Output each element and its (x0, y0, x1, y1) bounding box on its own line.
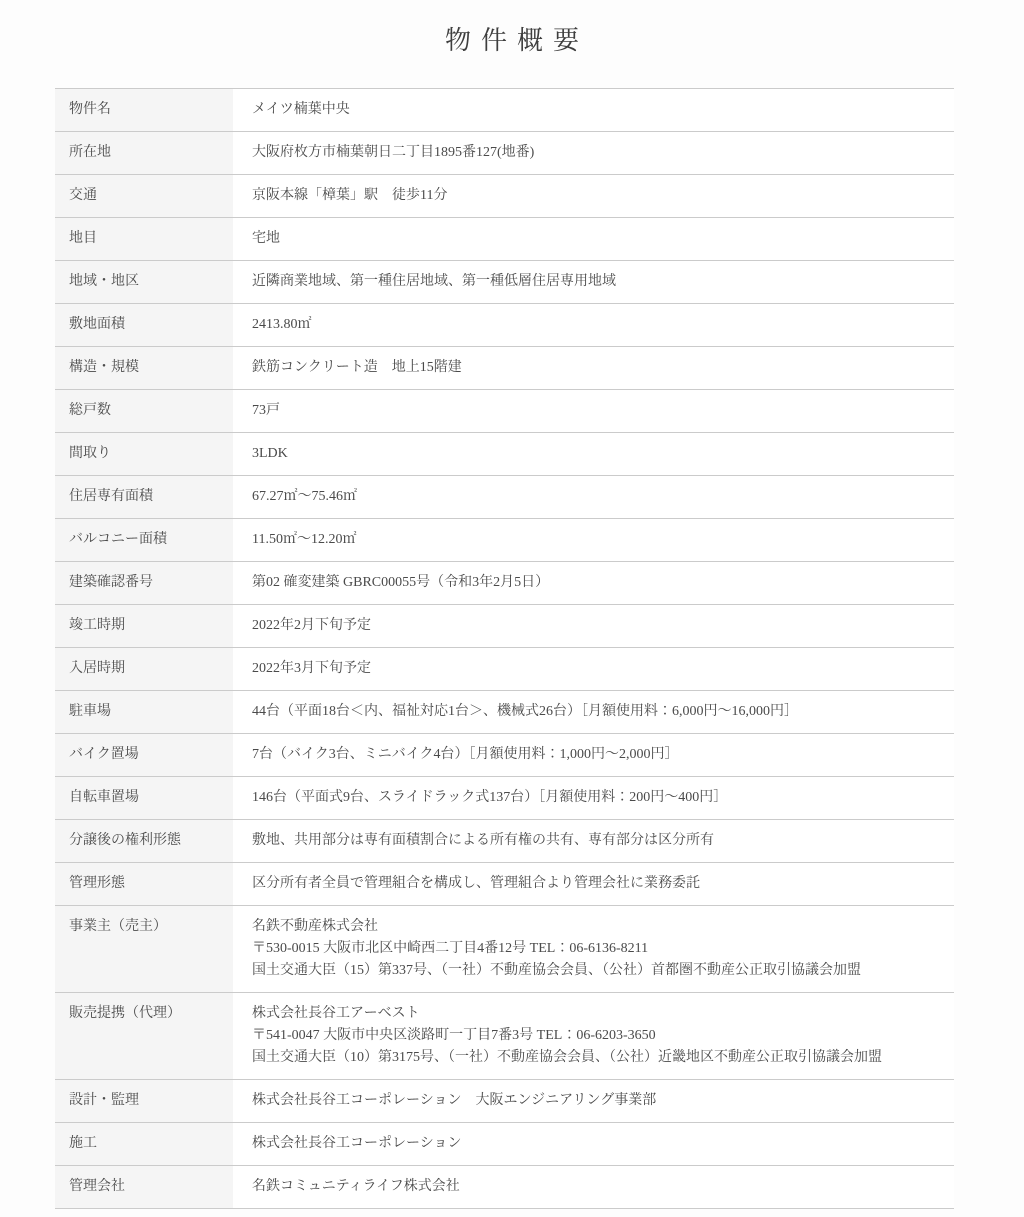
row-value-line: 大阪府枚方市楠葉朝日二丁目1895番127(地番) (252, 142, 942, 164)
row-value: メイツ楠葉中央 (233, 89, 954, 131)
row-value: 敷地、共用部分は専有面積割合による所有権の共有、専有部分は区分所有 (233, 820, 954, 862)
table-row: 設計・監理株式会社長谷工コーポレーション 大阪エンジニアリング事業部 (55, 1080, 954, 1123)
row-value-line: 鉄筋コンクリート造 地上15階建 (252, 357, 942, 379)
row-label: 分譲後の権利形態 (55, 820, 233, 862)
row-value: 株式会社長谷工コーポレーション (233, 1123, 954, 1165)
row-value-line: 名鉄コミュニティライフ株式会社 (252, 1176, 942, 1198)
row-value-line: 国土交通大臣（15）第337号、（一社）不動産協会会員、（公社）首都圏不動産公正… (252, 960, 942, 982)
row-value: 67.27㎡〜75.46㎡ (233, 476, 954, 518)
row-label: 竣工時期 (55, 605, 233, 647)
table-row: 敷地面積2413.80㎡ (55, 304, 954, 347)
row-label: 事業主（売主） (55, 906, 233, 992)
table-row: 入居時期2022年3月下旬予定 (55, 648, 954, 691)
table-row: 所在地大阪府枚方市楠葉朝日二丁目1895番127(地番) (55, 132, 954, 175)
row-value-line: 区分所有者全員で管理組合を構成し、管理組合より管理会社に業務委託 (252, 873, 942, 895)
row-value-line: 株式会社長谷工アーベスト (252, 1003, 942, 1025)
table-row: バルコニー面積11.50㎡〜12.20㎡ (55, 519, 954, 562)
property-spec-table: 物件名メイツ楠葉中央所在地大阪府枚方市楠葉朝日二丁目1895番127(地番)交通… (55, 88, 954, 1209)
row-value: 株式会社長谷工コーポレーション 大阪エンジニアリング事業部 (233, 1080, 954, 1122)
row-value-line: 2022年2月下旬予定 (252, 615, 942, 637)
table-row: 竣工時期2022年2月下旬予定 (55, 605, 954, 648)
row-value: 3LDK (233, 433, 954, 475)
row-label: 自転車置場 (55, 777, 233, 819)
row-value-line: 67.27㎡〜75.46㎡ (252, 486, 942, 508)
row-value-line: 第02 確変建築 GBRC00055号（令和3年2月5日） (252, 572, 942, 594)
row-label: 間取り (55, 433, 233, 475)
row-label: 交通 (55, 175, 233, 217)
row-value-line: 近隣商業地域、第一種住居地域、第一種低層住居専用地域 (252, 271, 942, 293)
row-value: 鉄筋コンクリート造 地上15階建 (233, 347, 954, 389)
row-label: 総戸数 (55, 390, 233, 432)
table-row: 建築確認番号第02 確変建築 GBRC00055号（令和3年2月5日） (55, 562, 954, 605)
table-row: 物件名メイツ楠葉中央 (55, 89, 954, 132)
row-value-line: 7台（バイク3台、ミニバイク4台）［月額使用料：1,000円〜2,000円］ (252, 744, 942, 766)
row-value-line: 株式会社長谷工コーポレーション (252, 1133, 942, 1155)
table-row: 地目宅地 (55, 218, 954, 261)
row-value-line: 株式会社長谷工コーポレーション 大阪エンジニアリング事業部 (252, 1090, 942, 1112)
row-value: 2022年2月下旬予定 (233, 605, 954, 647)
row-value-line: 3LDK (252, 443, 942, 465)
row-value: 73戸 (233, 390, 954, 432)
table-row: 施工株式会社長谷工コーポレーション (55, 1123, 954, 1166)
table-row: 駐車場44台（平面18台＜内、福祉対応1台＞、機械式26台）［月額使用料：6,0… (55, 691, 954, 734)
row-label: 物件名 (55, 89, 233, 131)
row-value-line: 敷地、共用部分は専有面積割合による所有権の共有、専有部分は区分所有 (252, 830, 942, 852)
row-value: 第02 確変建築 GBRC00055号（令和3年2月5日） (233, 562, 954, 604)
row-value: 44台（平面18台＜内、福祉対応1台＞、機械式26台）［月額使用料：6,000円… (233, 691, 954, 733)
row-value: 大阪府枚方市楠葉朝日二丁目1895番127(地番) (233, 132, 954, 174)
table-row: 分譲後の権利形態敷地、共用部分は専有面積割合による所有権の共有、専有部分は区分所… (55, 820, 954, 863)
row-value: 株式会社長谷工アーベスト〒541-0047 大阪市中央区淡路町一丁目7番3号 T… (233, 993, 954, 1079)
table-row: 住居専有面積67.27㎡〜75.46㎡ (55, 476, 954, 519)
row-value: 近隣商業地域、第一種住居地域、第一種低層住居専用地域 (233, 261, 954, 303)
row-value: 2022年3月下旬予定 (233, 648, 954, 690)
row-value-line: 44台（平面18台＜内、福祉対応1台＞、機械式26台）［月額使用料：6,000円… (252, 701, 942, 723)
row-value-line: 11.50㎡〜12.20㎡ (252, 529, 942, 551)
row-value-line: メイツ楠葉中央 (252, 99, 942, 121)
row-label: 所在地 (55, 132, 233, 174)
row-value-line: 〒530-0015 大阪市北区中崎西二丁目4番12号 TEL：06-6136-8… (252, 938, 942, 960)
row-label: 管理会社 (55, 1166, 233, 1208)
row-label: 建築確認番号 (55, 562, 233, 604)
table-row: 事業主（売主）名鉄不動産株式会社〒530-0015 大阪市北区中崎西二丁目4番1… (55, 906, 954, 993)
row-value: 京阪本線「樟葉」駅 徒歩11分 (233, 175, 954, 217)
row-value-line: 146台（平面式9台、スライドラック式137台）［月額使用料：200円〜400円… (252, 787, 942, 809)
row-value-line: 宅地 (252, 228, 942, 250)
row-label: 駐車場 (55, 691, 233, 733)
row-label: 販売提携（代理） (55, 993, 233, 1079)
table-row: 総戸数73戸 (55, 390, 954, 433)
row-value: 146台（平面式9台、スライドラック式137台）［月額使用料：200円〜400円… (233, 777, 954, 819)
row-label: 地域・地区 (55, 261, 233, 303)
row-label: 構造・規模 (55, 347, 233, 389)
row-value-line: 京阪本線「樟葉」駅 徒歩11分 (252, 185, 942, 207)
table-row: バイク置場7台（バイク3台、ミニバイク4台）［月額使用料：1,000円〜2,00… (55, 734, 954, 777)
row-value: 区分所有者全員で管理組合を構成し、管理組合より管理会社に業務委託 (233, 863, 954, 905)
row-label: 住居専有面積 (55, 476, 233, 518)
table-row: 間取り3LDK (55, 433, 954, 476)
row-label: 管理形態 (55, 863, 233, 905)
table-row: 交通京阪本線「樟葉」駅 徒歩11分 (55, 175, 954, 218)
row-value: 7台（バイク3台、ミニバイク4台）［月額使用料：1,000円〜2,000円］ (233, 734, 954, 776)
table-row: 地域・地区近隣商業地域、第一種住居地域、第一種低層住居専用地域 (55, 261, 954, 304)
row-label: 設計・監理 (55, 1080, 233, 1122)
table-row: 管理形態区分所有者全員で管理組合を構成し、管理組合より管理会社に業務委託 (55, 863, 954, 906)
page-title: 物件概要 (0, 26, 1024, 56)
row-value-line: 〒541-0047 大阪市中央区淡路町一丁目7番3号 TEL：06-6203-3… (252, 1025, 942, 1047)
row-label: バイク置場 (55, 734, 233, 776)
table-row: 構造・規模鉄筋コンクリート造 地上15階建 (55, 347, 954, 390)
row-value-line: 73戸 (252, 400, 942, 422)
row-value: 名鉄不動産株式会社〒530-0015 大阪市北区中崎西二丁目4番12号 TEL：… (233, 906, 954, 992)
row-label: 敷地面積 (55, 304, 233, 346)
row-value-line: 2413.80㎡ (252, 314, 942, 336)
table-row: 管理会社名鉄コミュニティライフ株式会社 (55, 1166, 954, 1209)
row-value: 名鉄コミュニティライフ株式会社 (233, 1166, 954, 1208)
row-value: 2413.80㎡ (233, 304, 954, 346)
row-label: バルコニー面積 (55, 519, 233, 561)
row-value-line: 国土交通大臣（10）第3175号、（一社）不動産協会会員、（公社）近畿地区不動産… (252, 1047, 942, 1069)
table-row: 自転車置場146台（平面式9台、スライドラック式137台）［月額使用料：200円… (55, 777, 954, 820)
row-label: 入居時期 (55, 648, 233, 690)
table-row: 販売提携（代理）株式会社長谷工アーベスト〒541-0047 大阪市中央区淡路町一… (55, 993, 954, 1080)
row-label: 地目 (55, 218, 233, 260)
row-value-line: 2022年3月下旬予定 (252, 658, 942, 680)
row-value-line: 名鉄不動産株式会社 (252, 916, 942, 938)
row-label: 施工 (55, 1123, 233, 1165)
row-value: 宅地 (233, 218, 954, 260)
row-value: 11.50㎡〜12.20㎡ (233, 519, 954, 561)
